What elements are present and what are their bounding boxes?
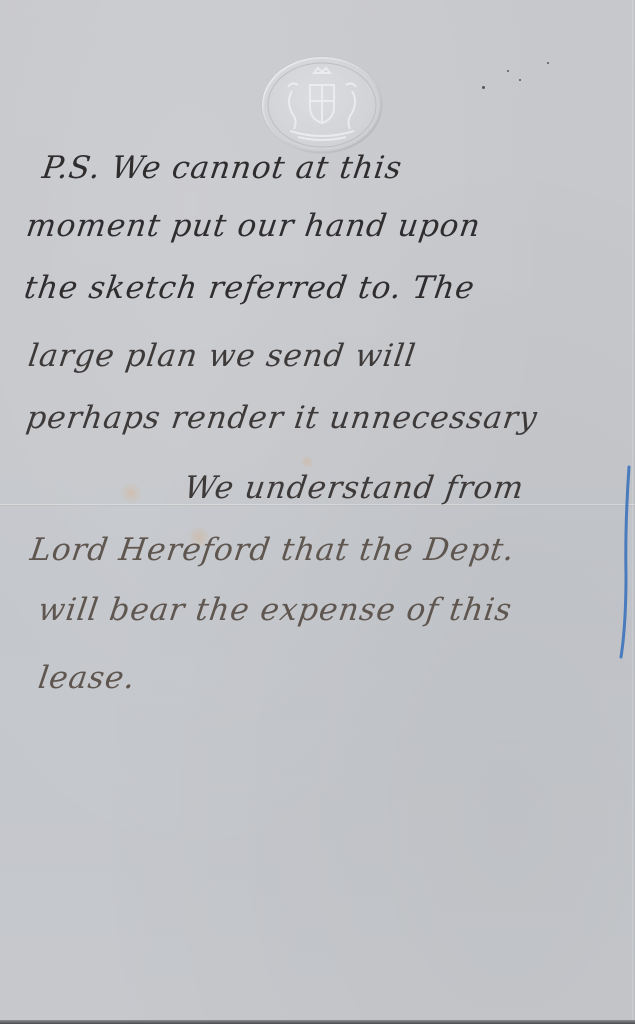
letter-line-7: Lord Hereford that the Dept. xyxy=(28,532,517,568)
letter-line-1: P.S. We cannot at this xyxy=(40,150,405,186)
blue-pencil-margin-mark-icon xyxy=(618,465,632,660)
embossed-coat-of-arms-seal-icon xyxy=(262,57,382,153)
letter-line-8: will bear the expense of this xyxy=(36,592,514,628)
paper-speck xyxy=(547,62,549,64)
letter-line-4: large plan we send will xyxy=(26,338,418,374)
paper-stain xyxy=(120,482,142,504)
paper-speck xyxy=(482,86,485,89)
letter-line-5: perhaps render it unnecessary xyxy=(24,400,540,436)
letter-line-2: moment put our hand upon xyxy=(24,208,483,244)
paper-speck xyxy=(507,70,509,72)
letter-page: P.S. We cannot at this moment put our ha… xyxy=(0,0,635,1024)
letter-line-3: the sketch referred to. The xyxy=(22,270,477,306)
paper-speck xyxy=(519,79,521,81)
letter-line-6: We understand from xyxy=(182,470,526,506)
paper-stain xyxy=(300,455,314,469)
paper-bottom-edge xyxy=(0,1020,635,1024)
coat-of-arms-icon xyxy=(262,57,382,153)
letter-line-9: lease. xyxy=(36,660,138,696)
